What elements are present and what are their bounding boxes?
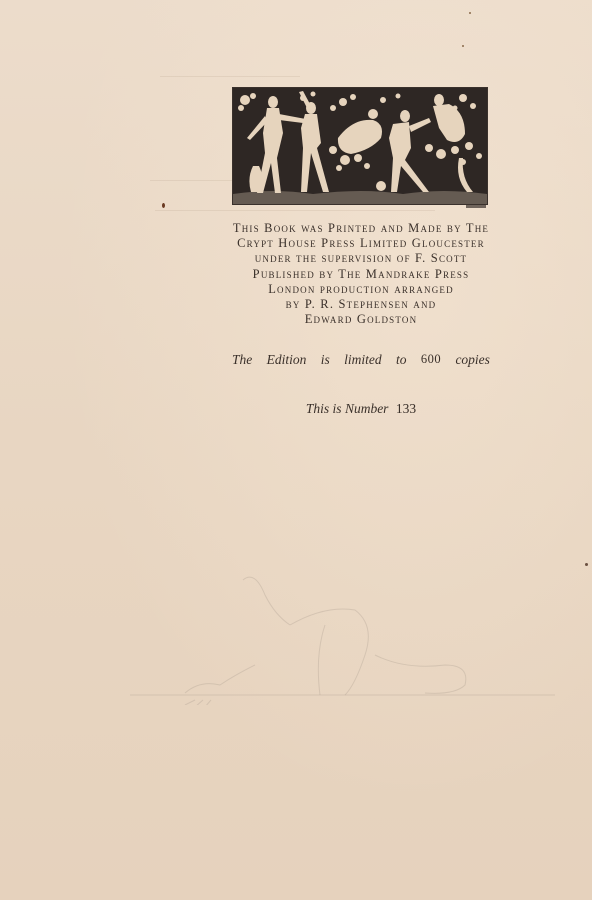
artist-signature: [466, 205, 486, 208]
colophon-line: London production arranged: [232, 282, 490, 297]
paper-speck: [585, 563, 588, 566]
copy-number-label: This is Number: [306, 401, 389, 416]
colophon-line: Edward Goldston: [232, 312, 490, 327]
edition-word: copies: [455, 352, 490, 368]
edition-word: Edition: [267, 352, 307, 368]
colophon-line: Published by The Mandrake Press: [232, 267, 490, 282]
show-through-line: [155, 210, 435, 211]
book-page: This Book was Printed and Made by The Cr…: [0, 0, 592, 900]
colophon-line: under the supervision of F. Scott: [232, 251, 490, 266]
colophon-line: by P. R. Stephensen and: [232, 297, 490, 312]
paper-speck: [162, 203, 165, 208]
edition-word: limited: [344, 352, 382, 368]
copy-number-line: This is Number 133: [232, 401, 490, 417]
edition-word: is: [321, 352, 330, 368]
paper-speck: [462, 45, 464, 47]
paper-speck: [469, 12, 471, 14]
dancing-figures-icon: [233, 88, 487, 204]
colophon-text: This Book was Printed and Made by The Cr…: [232, 221, 490, 327]
colophon-line: Crypt House Press Limited Gloucester: [232, 236, 490, 251]
copy-number-value: 133: [396, 401, 416, 416]
woodcut-illustration: [233, 88, 487, 204]
edition-word: The: [232, 352, 252, 368]
show-through-line: [160, 76, 300, 77]
show-through-drawing-icon: [125, 555, 555, 705]
edition-statement: The Edition is limited to 600 copies: [232, 352, 490, 368]
edition-word: to: [396, 352, 407, 368]
edition-count: 600: [421, 352, 441, 368]
colophon-line: This Book was Printed and Made by The: [232, 221, 490, 236]
